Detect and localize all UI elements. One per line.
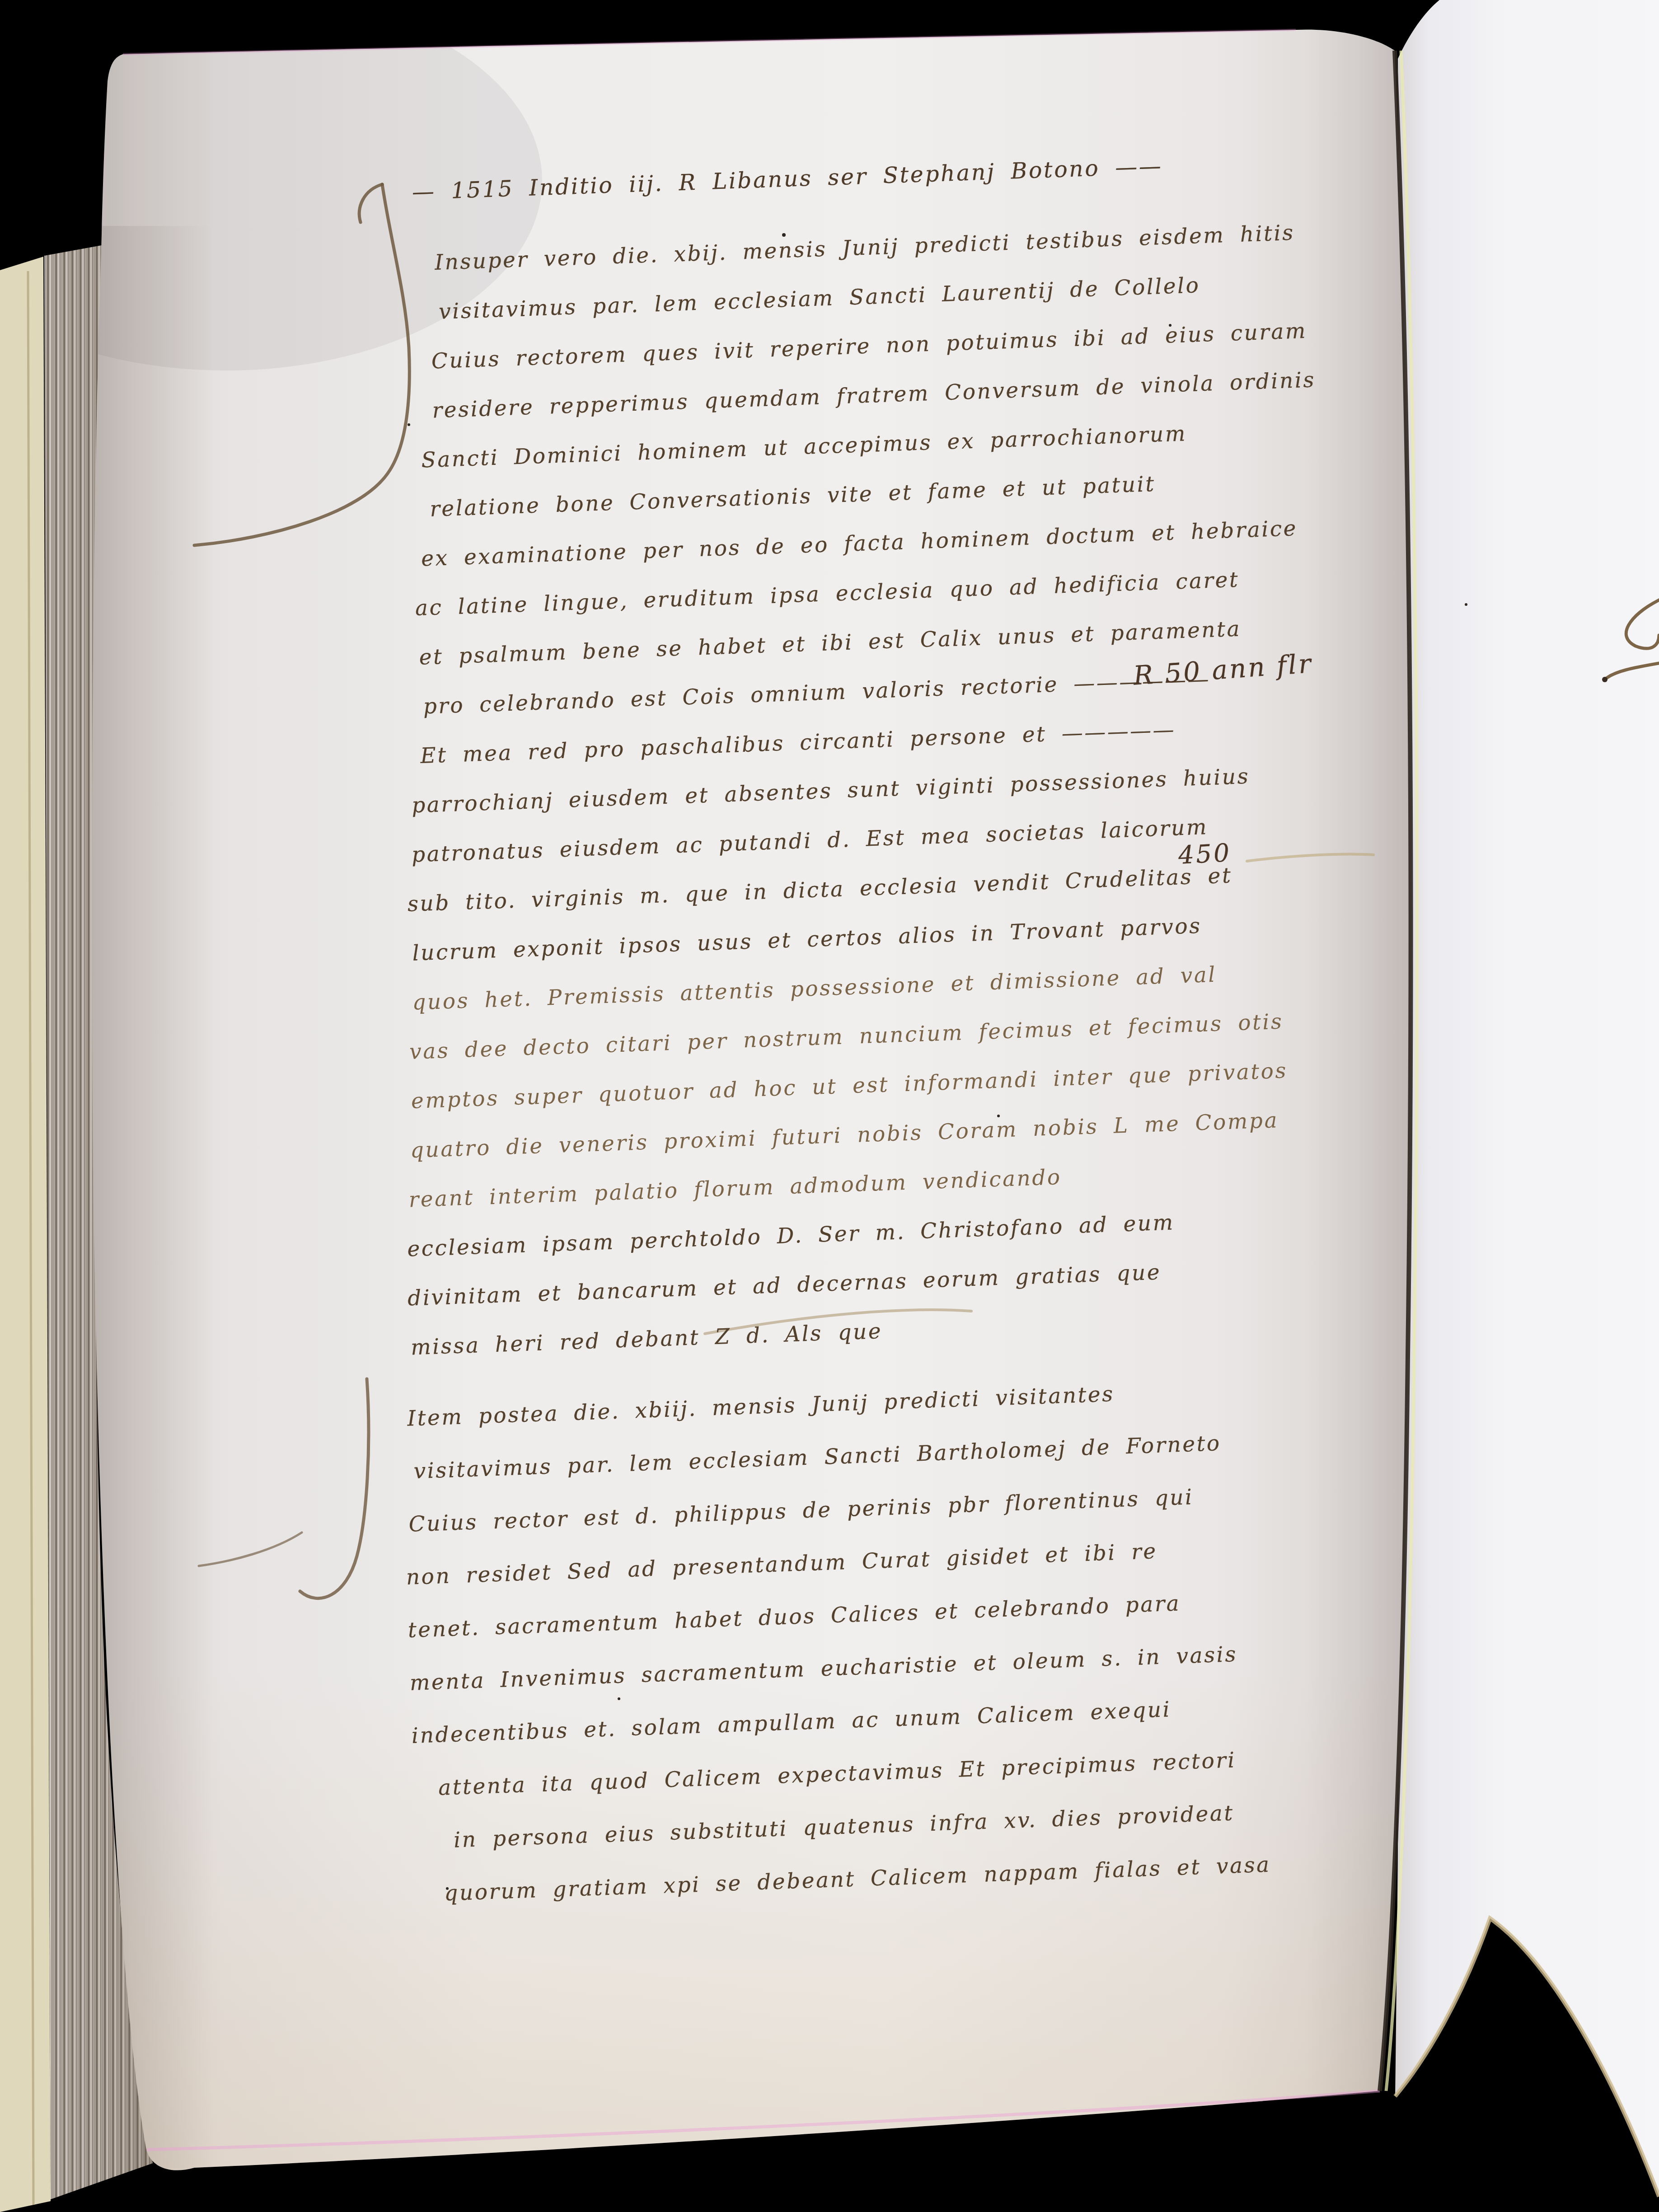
margin-note-amount: 450 [1177,838,1232,870]
manuscript-text-block: — 1515 Inditio iij. R Libanus ser Stepha… [357,132,1479,1921]
under-page-fore-edge [0,257,51,2212]
manuscript-book-photo: — 1515 Inditio iij. R Libanus ser Stepha… [0,0,1659,2212]
